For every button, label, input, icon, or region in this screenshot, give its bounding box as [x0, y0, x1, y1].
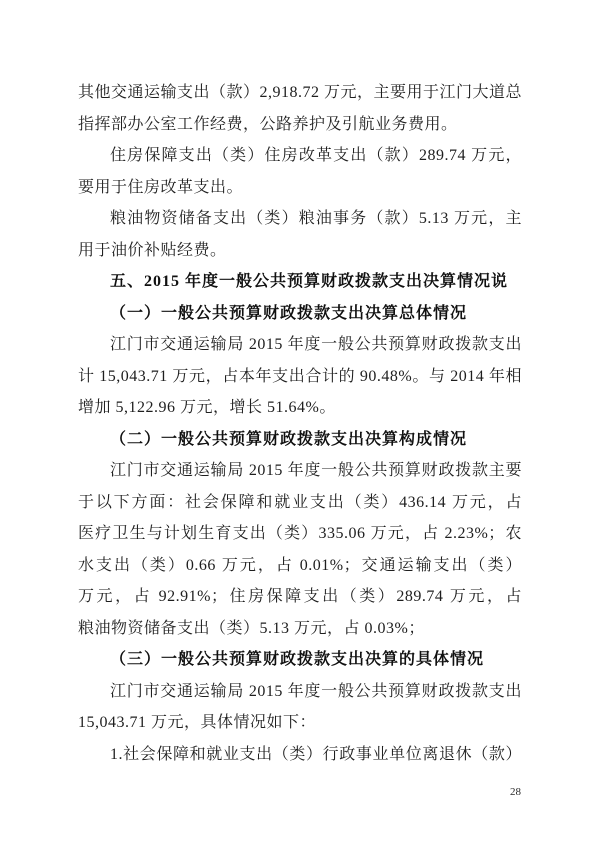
doc-line: 粮油物资储备支出（类）粮油事务（款）5.13 万元，主要 — [78, 203, 522, 235]
doc-line: 江门市交通运输局 2015 年度一般公共预算财政拨款支出 — [78, 676, 522, 708]
doc-line: 指挥部办公室工作经费，公路养护及引航业务费用。 — [78, 109, 522, 141]
doc-line: 水支出（类）0.66 万元，占 0.01%；交通运输支出（类）13,976.98 — [78, 550, 522, 582]
doc-line: 1.社会保障和就业支出（类）行政事业单位离退休（款） — [78, 739, 522, 771]
section-heading-5: 五、2015 年度一般公共预算财政拨款支出决算情况说明 — [78, 266, 522, 298]
doc-line: 江门市交通运输局 2015 年度一般公共预算财政拨款主要用 — [78, 455, 522, 487]
doc-line: 增加 5,122.96 万元，增长 51.64%。 — [78, 392, 522, 424]
doc-line: 计 15,043.71 万元，占本年支出合计的 90.48%。与 2014 年相… — [78, 361, 522, 393]
doc-line: 要用于住房改革支出。 — [78, 172, 522, 204]
section-heading-5-1: （一）一般公共预算财政拨款支出决算总体情况 — [78, 298, 522, 330]
doc-line: 住房保障支出（类）住房改革支出（款）289.74 万元，主 — [78, 140, 522, 172]
doc-line: 用于油价补贴经费。 — [78, 235, 522, 267]
doc-line: 医疗卫生与计划生育支出（类）335.06 万元，占 2.23%；农林 — [78, 518, 522, 550]
section-heading-5-2: （二）一般公共预算财政拨款支出决算构成情况 — [78, 424, 522, 456]
page-number: 28 — [510, 784, 521, 800]
document-page: 其他交通运输支出（款）2,918.72 万元，主要用于江门大道总 指挥部办公室工… — [0, 0, 600, 848]
document-text-block: 其他交通运输支出（款）2,918.72 万元，主要用于江门大道总 指挥部办公室工… — [78, 77, 522, 770]
doc-line: 其他交通运输支出（款）2,918.72 万元，主要用于江门大道总 — [78, 77, 522, 109]
doc-line: 15,043.71 万元，具体情况如下： — [78, 707, 522, 739]
doc-line: 于以下方面：社会保障和就业支出（类）436.14 万元，占 2.90%； — [78, 487, 522, 519]
doc-line: 粮油物资储备支出（类）5.13 万元，占 0.03%； — [78, 613, 522, 645]
doc-line: 江门市交通运输局 2015 年度一般公共预算财政拨款支出合 — [78, 329, 522, 361]
section-heading-5-3: （三）一般公共预算财政拨款支出决算的具体情况 — [78, 644, 522, 676]
doc-line: 万元，占 92.91%；住房保障支出（类）289.74 万元，占 1.92%； — [78, 581, 522, 613]
